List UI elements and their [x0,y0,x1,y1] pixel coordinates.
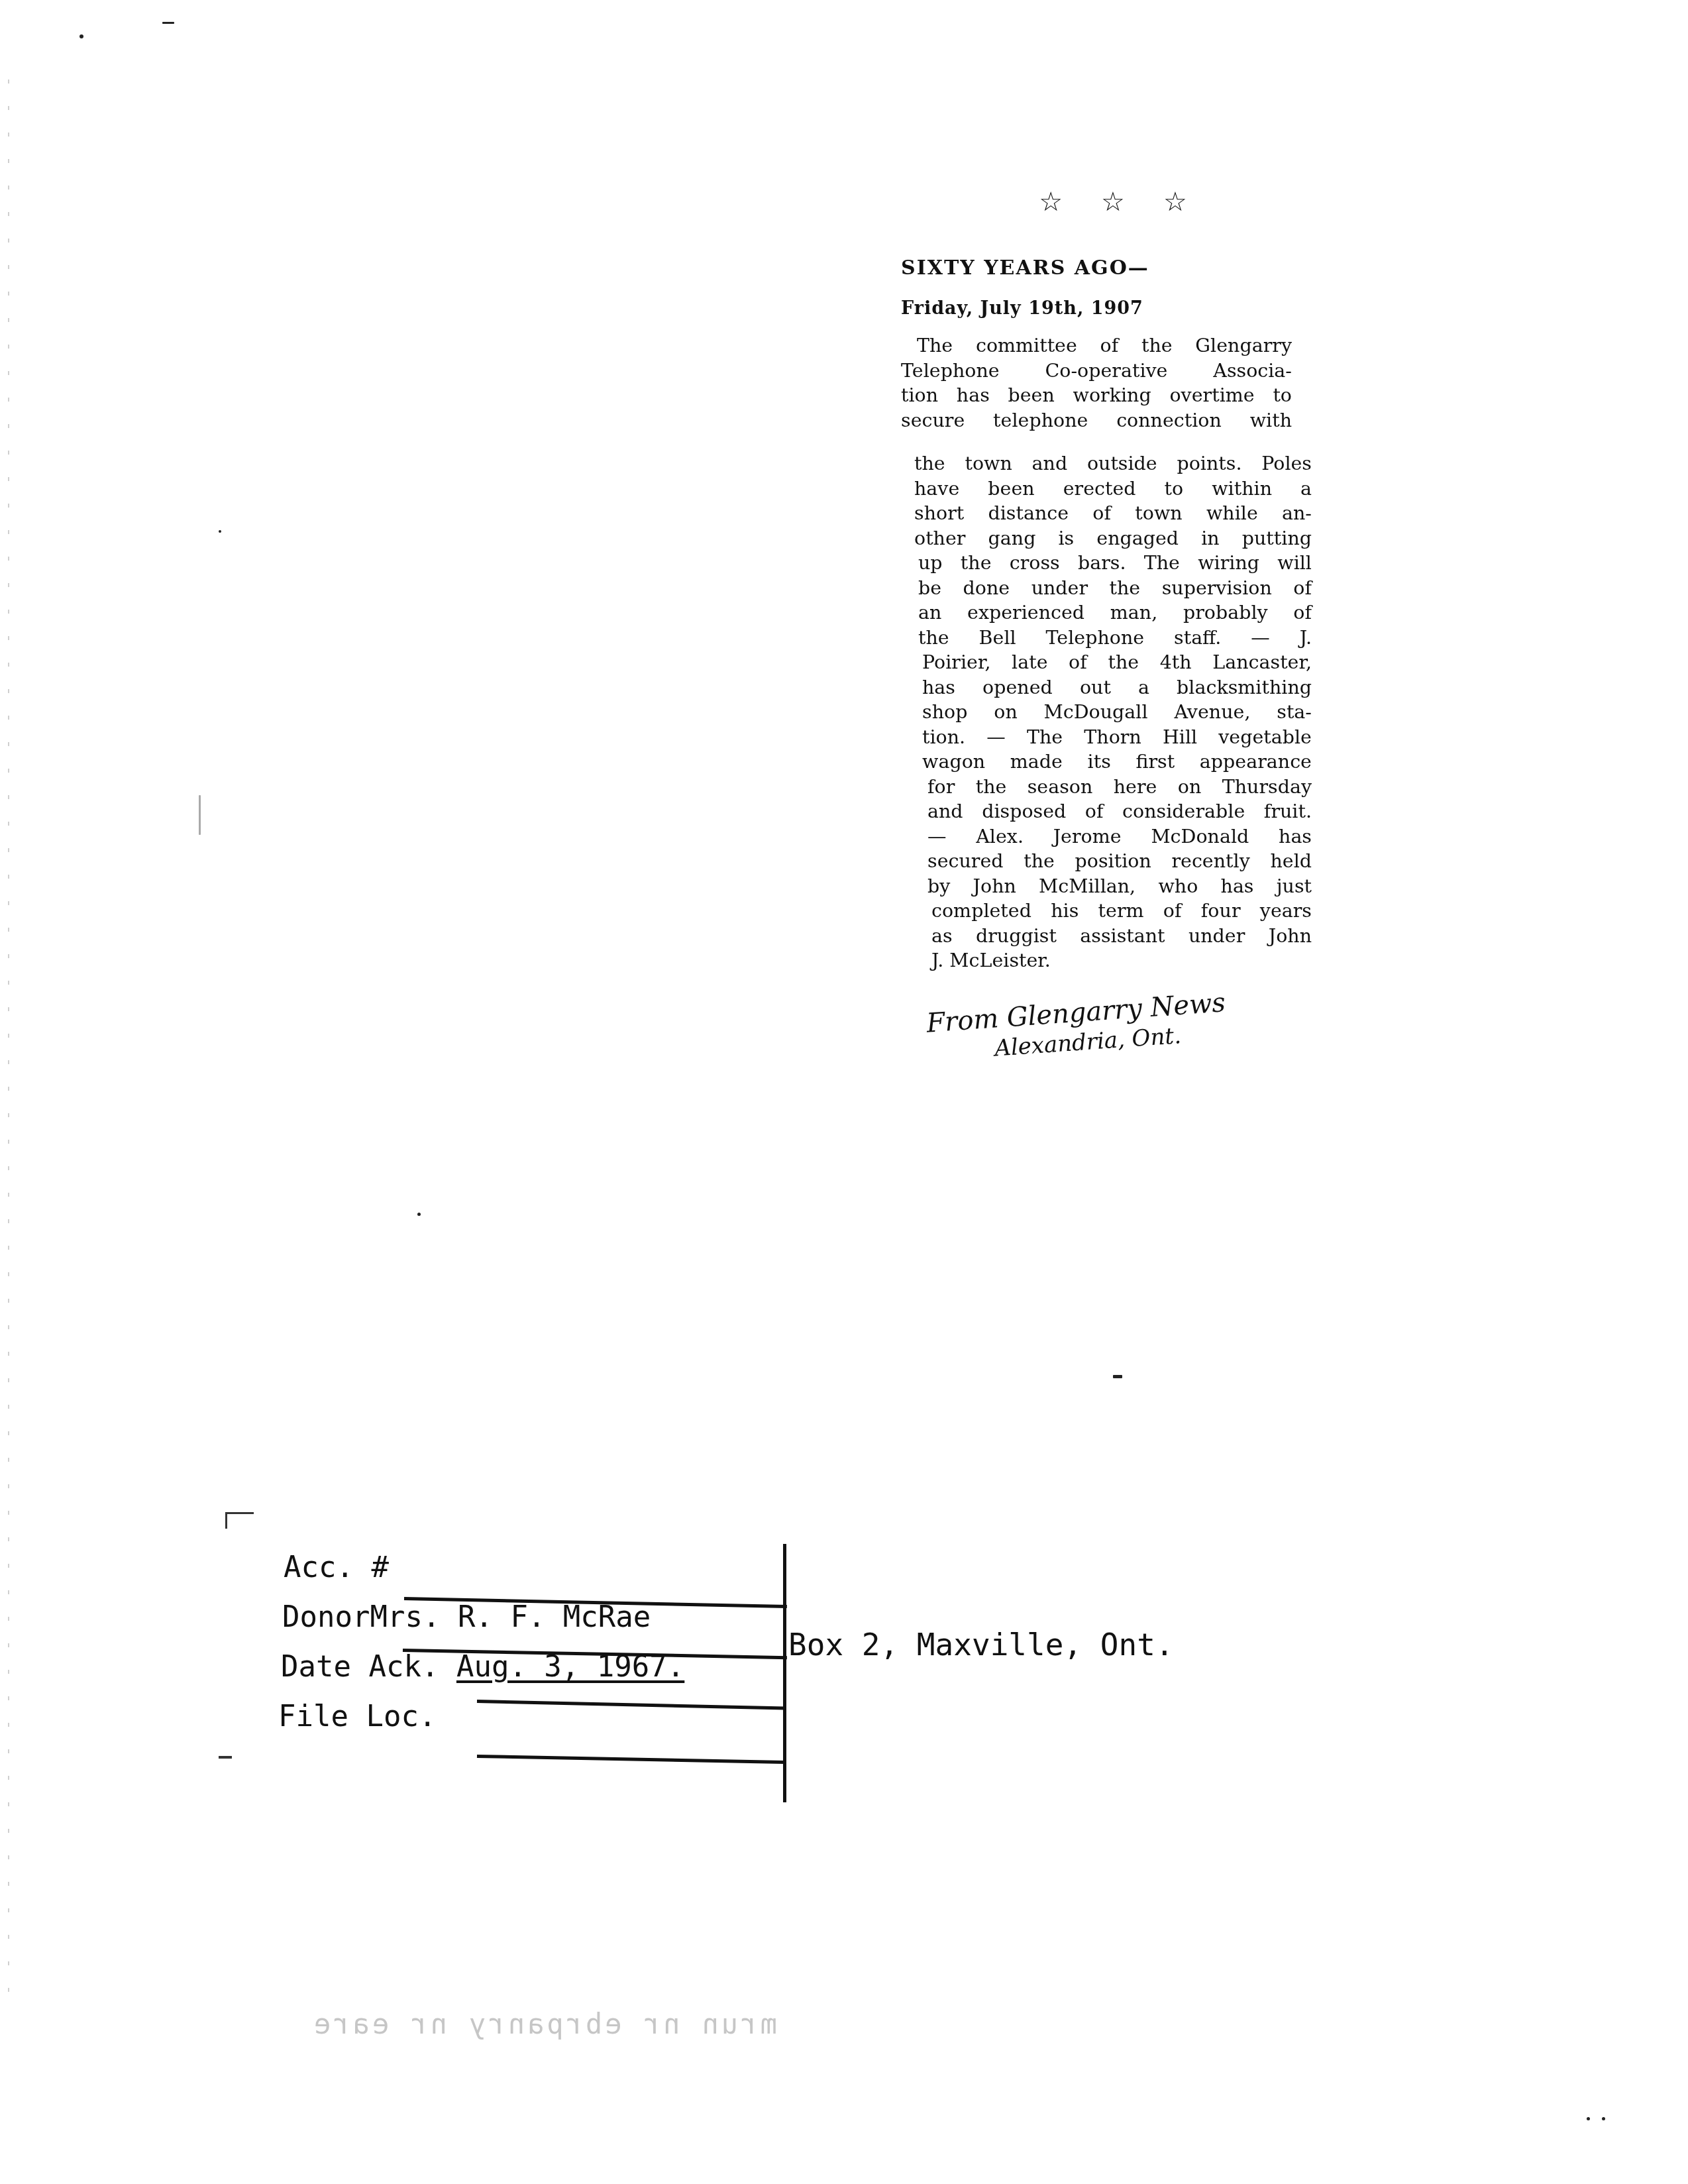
text-line: secure telephone connection with [901,408,1292,433]
text-line: by John McMillan, who has just [927,874,1312,899]
file-loc-underline [477,1755,784,1764]
star-icon: ☆ [1163,189,1187,215]
text-line: secured the position recently held [927,849,1312,874]
text-line: an experienced man, probably of [918,600,1312,626]
text-line: and disposed of considerable fruit. [927,799,1312,824]
donor-address: Box 2, Maxville, Ont. [788,1627,1174,1663]
clipping-dateline: Friday, July 19th, 1907 [901,298,1312,319]
accession-form: Acc. # DonorMrs. R. F. McRae Date Ack. A… [278,1537,808,1802]
text-line: completed his term of four years [931,899,1312,924]
text-line: The committee of the Glengarry [901,333,1292,358]
text-line: for the season here on Thursday [927,775,1312,800]
scan-speck [1587,2117,1590,2120]
star-ornament: ☆ ☆ ☆ [914,189,1312,215]
text-line: other gang is engaged in putting [914,526,1312,551]
donor-value: Mrs. R. F. McRae [370,1600,651,1634]
text-line: tion. — The Thorn Hill vegetable [922,725,1312,750]
form-corner-mark [219,1756,232,1759]
clipping-paragraph-2: the town and outside points. Poles have … [914,451,1312,973]
star-icon: ☆ [1101,189,1125,215]
clipping-paragraph-1: The committee of the Glengarry Telephone… [901,333,1292,433]
scan-speck [1602,2117,1605,2120]
scanned-page: ☆ ☆ ☆ SIXTY YEARS AGO— Friday, July 19th… [0,0,1688,2184]
scan-speck [199,795,201,835]
acc-number-row: Acc. # [284,1551,406,1584]
bleed-through-text: mrun nr ebrpanry nr eare [311,2008,777,2040]
text-line: have been erected to within a [914,476,1312,502]
scan-edge-artifact [8,80,9,2001]
text-line: — Alex. Jerome McDonald has [927,824,1312,849]
clipping-body: The committee of the Glengarry Telephone… [888,333,1312,973]
text-line: J. McLeister. [931,948,1312,973]
text-line: Poirier, late of the 4th Lancaster, [922,650,1312,675]
text-line: shop on McDougall Avenue, sta- [922,700,1312,725]
donor-label: Donor [282,1600,370,1634]
acc-number-label: Acc. # [284,1551,389,1584]
form-corner-mark [225,1512,254,1529]
date-ack-label: Date Ack. [281,1650,439,1684]
file-loc-row: File Loc. [278,1700,454,1733]
text-line: tion has been working overtime to [901,383,1292,408]
text-line: wagon made its first appearance [922,749,1312,775]
scan-speck [1113,1375,1122,1378]
text-line: as druggist assistant under John [931,924,1312,949]
star-icon: ☆ [1039,189,1063,215]
file-loc-label: File Loc. [278,1700,436,1733]
date-ack-underline [477,1700,786,1710]
text-line: up the cross bars. The wiring will [918,551,1312,576]
handwritten-source-note: From Glengarry News Alexandria, Ont. [925,980,1340,1081]
clipping-headline: SIXTY YEARS AGO— [901,256,1312,280]
scan-speck [417,1213,421,1216]
text-line: Telephone Co-operative Associa- [901,358,1292,384]
text-line: short distance of town while an- [914,501,1312,526]
newspaper-clipping: ☆ ☆ ☆ SIXTY YEARS AGO— Friday, July 19th… [888,189,1312,973]
scan-speck [162,22,174,24]
text-line: has opened out a blacksmithing [922,675,1312,700]
text-line: the town and outside points. Poles [914,451,1312,476]
donor-row: DonorMrs. R. F. McRae [282,1600,651,1634]
date-ack-row: Date Ack. Aug. 3, 1967. [281,1650,684,1684]
date-ack-value: Aug. 3, 1967. [456,1650,684,1684]
text-line: be done under the supervision of [918,576,1312,601]
scan-speck [219,530,221,533]
text-line: the Bell Telephone staff. — J. [918,626,1312,651]
scan-speck [79,34,83,38]
